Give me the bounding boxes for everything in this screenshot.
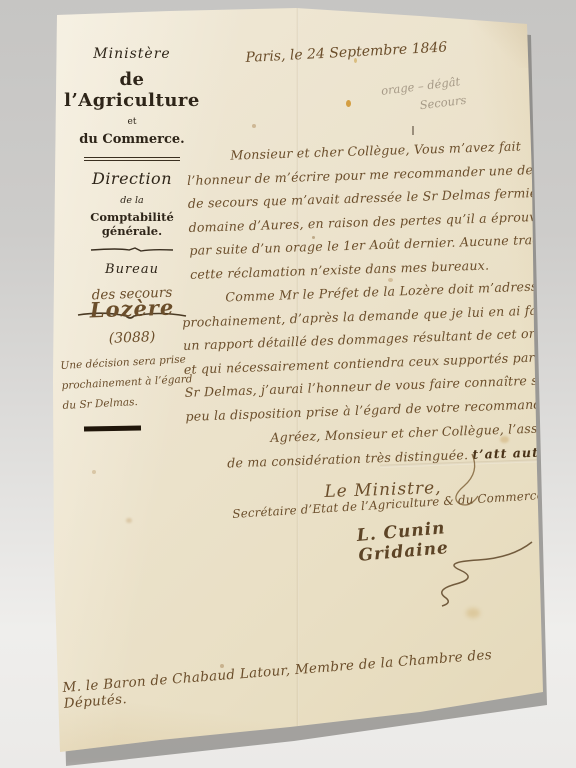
pencil-tick-mark: [412, 126, 414, 135]
margin-decision-note: Une décision sera prise prochainement à …: [60, 349, 203, 416]
body-paragraph-1: Monsieur et cher Collègue, Vous m’avez f…: [186, 134, 542, 287]
thick-ink-rule: [84, 426, 141, 432]
letter-sheet: Ministère de l’Agriculture et du Commerc…: [0, 0, 576, 768]
double-rule-divider: [84, 157, 180, 161]
letterhead-comptabilite: Comptabilité générale.: [60, 210, 204, 238]
signature-flourish: [382, 540, 542, 610]
dateline: Paris, le 24 Septembre 1846: [245, 38, 476, 66]
photograph-of-letter: Ministère de l’Agriculture et du Commerc…: [0, 0, 576, 768]
body-paragraph-2: Comme Mr le Préfet de la Lozère doit m’a…: [181, 275, 544, 429]
letterhead-direction: Direction: [60, 169, 204, 188]
foxing-spot: [252, 124, 256, 128]
margin-department: Lozère: [66, 294, 199, 324]
letterhead-et: et: [60, 117, 204, 127]
letterhead-bureau: Bureau: [60, 262, 204, 277]
margin-file-number: (3088): [66, 328, 198, 349]
printed-letterhead: Ministère de l’Agriculture et du Commerc…: [60, 46, 204, 322]
foxing-spot: [92, 470, 96, 474]
pencil-annotation: orage – dégât Secours: [380, 67, 504, 119]
recipient-docket-line: M. le Baron de Chabaud Latour, Membre de…: [62, 643, 541, 712]
letterhead-de-la: de la: [60, 195, 204, 206]
foxing-spot: [126, 518, 132, 523]
foxing-spot: [346, 100, 351, 107]
flourish-divider: [89, 246, 175, 254]
letterhead-agriculture: de l’Agriculture: [60, 69, 204, 111]
letterhead-ministere: Ministère: [60, 46, 204, 62]
letterhead-commerce: du Commerce.: [60, 132, 204, 147]
